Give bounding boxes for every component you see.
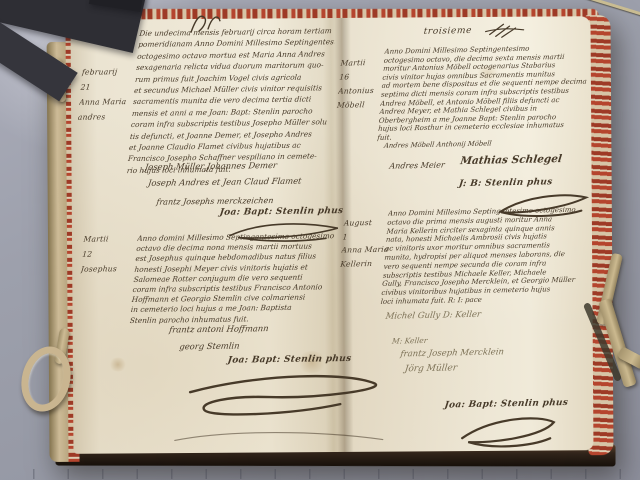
margin-date-anna-maria-andres: februarij21Anna Mariaandres [77, 64, 134, 125]
right-page: troisieme Martii16AntoniusMöbell Anno Do… [331, 19, 604, 460]
burial-entry-text: Die undecima mensis februarij circa hora… [126, 25, 335, 176]
witness-signature: Andres Möbell Anthonij Möbell [384, 139, 493, 149]
witness-signature: Andres Meier [389, 160, 445, 170]
witness-signature: Joseph Andres et Jean Claud Flamet [148, 176, 303, 188]
priest-signature: J: B: Stenlin phus [458, 177, 553, 189]
burial-entry-text: Anno domini Millesimo Septingentesimo oc… [129, 231, 335, 326]
witness-signature: frantz antoni Hoffmann [169, 323, 270, 334]
witness-signature-bold: Mathias Schlegel [460, 153, 563, 167]
witness-signature: Joseph Müller Johannes Demer [144, 160, 277, 172]
burial-entry-text: Anno Domini Millesimo Septingentesimo oc… [380, 205, 600, 306]
witness-signature: M: Keller [392, 336, 428, 346]
burial-entry-text: Anno Domini Millesimo Septingentesimooct… [377, 43, 595, 142]
photo-scale-ruler-ticks [0, 469, 640, 479]
witness-signature: frantz Josephs merckzeichen [156, 196, 274, 207]
witness-signature: frantz Joseph Mercklein [400, 347, 505, 359]
signature-flourish [452, 410, 565, 456]
archival-photo-of-register: februarij21Anna Mariaandres Die undecima… [0, 0, 640, 480]
witness-signature: Michel Gully D: Keller [385, 310, 482, 322]
priest-signature: Joa: Bapt: Stenlin phus [227, 354, 352, 366]
left-page: februarij21Anna Mariaandres Die undecima… [75, 22, 333, 459]
margin-date-josephus: Martii12Josephus [80, 231, 136, 277]
witness-signature: Jörg Müller [404, 363, 458, 374]
priest-signature: Joa: Bapt: Stenlin phus [444, 398, 569, 411]
witness-signature: georg Stemlin [179, 341, 240, 352]
priest-signature: Joa: Bapt: Stenlin phus [219, 206, 344, 218]
header-hatch-flourish [483, 21, 525, 40]
page-header: troisieme [423, 26, 472, 37]
